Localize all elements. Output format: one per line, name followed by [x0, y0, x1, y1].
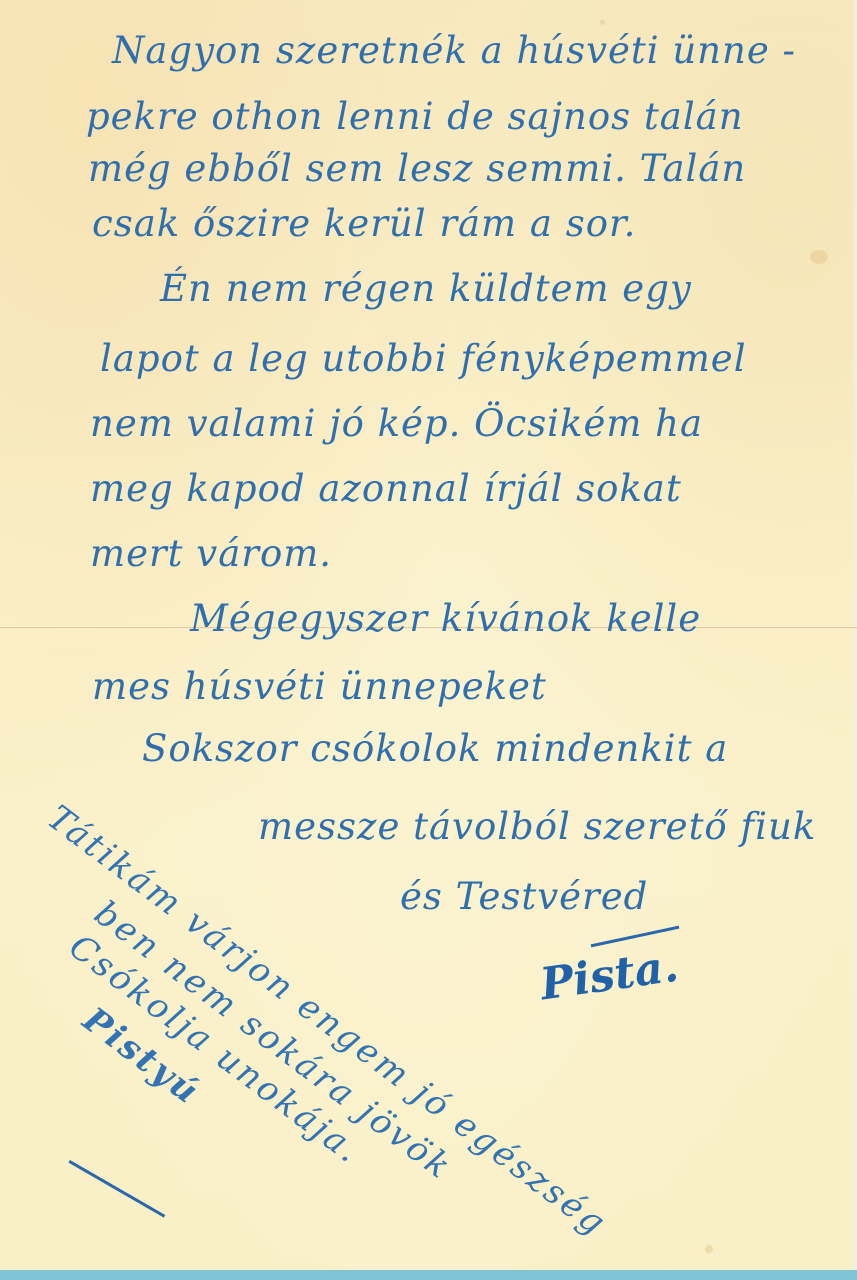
- letter-line: még ebből sem lesz semmi. Talán: [88, 150, 746, 187]
- letter-line: pekre othon lenni de sajnos talán: [86, 98, 744, 135]
- paper-stain: [810, 250, 828, 264]
- paper-edge: [851, 0, 857, 1270]
- letter-line: Sokszor csókolok mindenkit a: [142, 730, 728, 767]
- scan-background-strip: [0, 1270, 857, 1280]
- letter-line: mes húsvéti ünnepeket: [92, 668, 547, 705]
- letter-line: Én nem régen küldtem egy: [160, 270, 692, 307]
- paper-stain: [600, 20, 605, 25]
- letter-line: mert várom.: [90, 535, 332, 572]
- letter-line: messze távolból szerető fiuk: [258, 808, 816, 845]
- letter-line: és Testvéred: [400, 878, 648, 915]
- letter-line: nem valami jó kép. Öcsikém ha: [90, 405, 703, 442]
- letter-line: Mégegyszer kívánok kelle: [190, 600, 701, 637]
- letter-line: meg kapod azonnal írjál sokat: [90, 470, 682, 507]
- letter-line: lapot a leg utobbi fényképemmel: [100, 340, 747, 377]
- letter-line: csak őszire kerül rám a sor.: [92, 205, 636, 242]
- letter-line: Nagyon szeretnék a húsvéti ünne -: [112, 32, 796, 69]
- paper-stain: [705, 1245, 713, 1253]
